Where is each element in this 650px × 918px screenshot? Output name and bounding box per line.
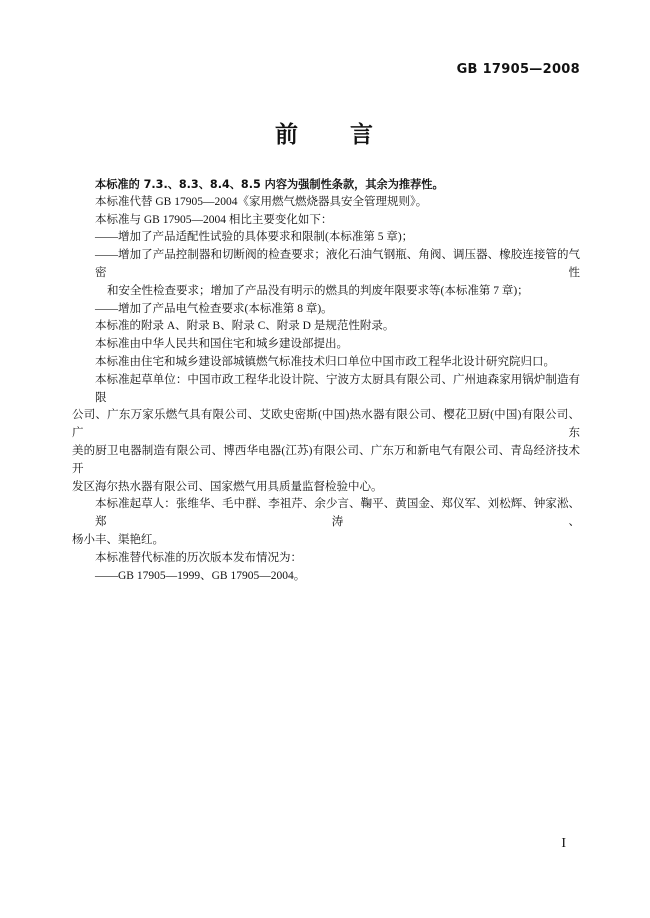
body-line: 本标准替代标准的历次版本发布情况为：: [72, 550, 580, 568]
standard-code-header: GB 17905—2008: [457, 62, 580, 77]
body-line: ——增加了产品控制器和切断阀的检查要求；液化石油气钢瓶、角阀、调压器、橡胶连接管…: [72, 247, 580, 283]
page-number: I: [561, 836, 566, 852]
body-line: 发区海尔热水器有限公司、国家燃气用具质量监督检验中心。: [72, 479, 580, 497]
body-line: 本标准代替 GB 17905—2004《家用燃气燃烧器具安全管理规则》。: [72, 194, 580, 212]
body-line: 杨小丰、渠艳红。: [72, 532, 580, 550]
body-line: 本标准由住宅和城乡建设部城镇燃气标准技术归口单位中国市政工程华北设计研究院归口。: [72, 354, 580, 372]
foreword-body: 本标准的 7.3.、8.3、8.4、8.5 内容为强制性条款，其余为推荐性。 本…: [72, 176, 580, 585]
page-title: 前 言: [0, 116, 650, 149]
body-line: 本标准的 7.3.、8.3、8.4、8.5 内容为强制性条款，其余为推荐性。: [72, 176, 580, 194]
document-page: GB 17905—2008 前 言 本标准的 7.3.、8.3、8.4、8.5 …: [0, 0, 650, 918]
body-line: 和安全性检查要求；增加了产品没有明示的燃具的判废年限要求等(本标准第 7 章)；: [72, 283, 580, 301]
body-line: ——增加了产品适配性试验的具体要求和限制(本标准第 5 章)；: [72, 229, 580, 247]
body-line: 本标准由中华人民共和国住宅和城乡建设部提出。: [72, 336, 580, 354]
body-line: ——增加了产品电气检查要求(本标准第 8 章)。: [72, 301, 580, 319]
body-line: 本标准与 GB 17905—2004 相比主要变化如下：: [72, 212, 580, 230]
body-line: 本标准起草单位：中国市政工程华北设计院、宁波方太厨具有限公司、广州迪森家用锅炉制…: [72, 372, 580, 408]
body-line: ——GB 17905—1999、GB 17905—2004。: [72, 568, 580, 586]
body-line: 本标准的附录 A、附录 B、附录 C、附录 D 是规范性附录。: [72, 318, 580, 336]
body-line: 本标准起草人：张维华、毛中群、李祖芹、余少言、鞠平、黄国金、郑仪军、刘松辉、钟家…: [72, 496, 580, 532]
body-line: 美的厨卫电器制造有限公司、博西华电器(江苏)有限公司、广东万和新电气有限公司、青…: [72, 443, 580, 479]
body-line: 公司、广东万家乐燃气具有限公司、艾欧史密斯(中国)热水器有限公司、樱花卫厨(中国…: [72, 407, 580, 443]
